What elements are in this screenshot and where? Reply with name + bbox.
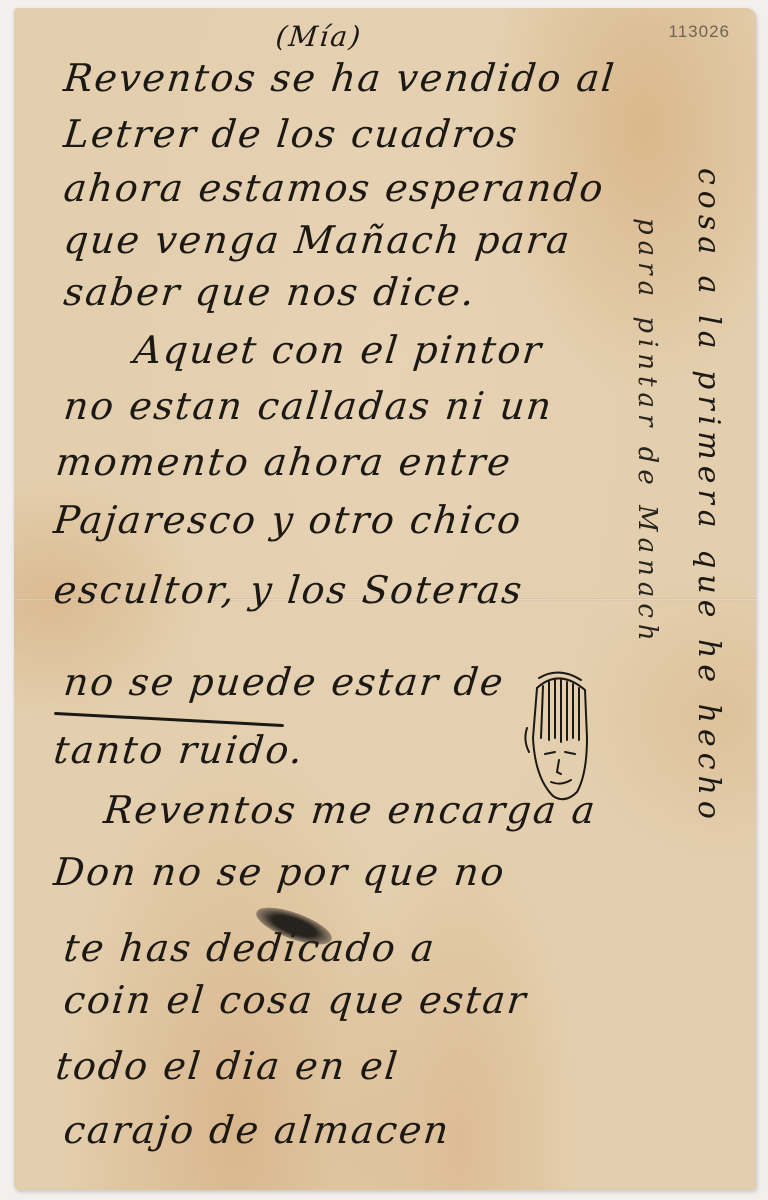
text-line-14: Don no se por que no [52, 850, 508, 894]
text-line-6: Aquet con el pintor [132, 328, 545, 372]
text-line-8: momento ahora entre [54, 440, 515, 484]
text-line-9: Pajaresco y otro chico [52, 498, 525, 542]
text-line-11: no se puede estar de [62, 660, 507, 704]
text-line-12: tanto ruido. [52, 728, 307, 772]
text-line-7: no estan calladas ni un [62, 384, 556, 428]
margin-note-outer: cosa a la primera que he hecho [691, 168, 726, 825]
text-line-18: carajo de almacen [62, 1108, 453, 1152]
text-line-10: escultor, y los Soteras [52, 568, 526, 612]
header-note: (Mía) [274, 20, 364, 53]
text-line-3: ahora estamos esperando [62, 166, 607, 210]
text-line-16: coin el cosa que estar [62, 978, 530, 1022]
text-line-15: te has dedicado a [62, 926, 438, 970]
face-sketch-icon [519, 668, 599, 818]
text-line-17: todo el dia en el [54, 1044, 402, 1088]
text-line-1: Reventos se ha vendido al [62, 56, 618, 100]
text-line-2: Letrer de los cuadros [62, 112, 521, 156]
text-line-4: que venga Mañach para [62, 218, 574, 262]
letter-paper: 113026 (Mía) Reventos se ha vendido al L… [14, 8, 756, 1190]
text-line-5: saber que nos dice. [62, 270, 478, 314]
margin-note-inner: para pintar de Manach [632, 218, 662, 647]
catalog-number: 113026 [669, 22, 730, 42]
underline-stroke [54, 712, 284, 727]
